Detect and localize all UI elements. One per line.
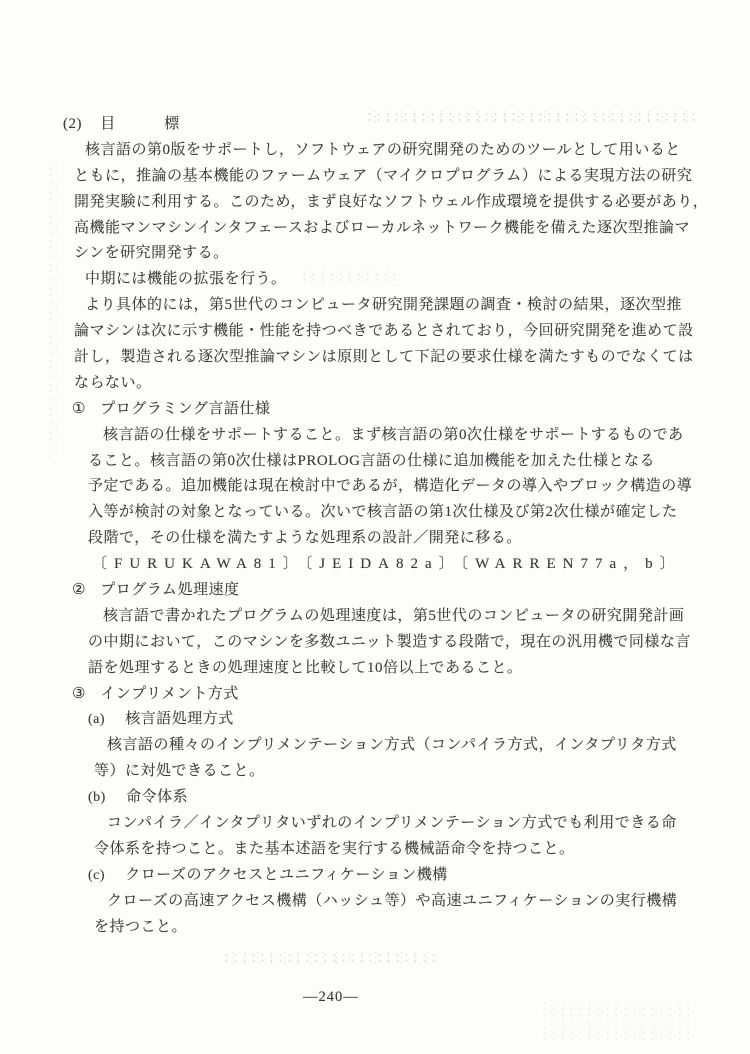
paragraph-line: 中期には機能の拡張を行う。 bbox=[63, 267, 733, 293]
circled-number-2-marker: ② bbox=[72, 578, 86, 604]
list-item-title: プログラム処理速度 bbox=[100, 582, 239, 598]
circled-number-1-marker: ① bbox=[72, 397, 86, 423]
sub-item-heading: (a) 核言語処理方式 bbox=[63, 707, 733, 733]
item-body-line: ること。核言語の第0次仕様はPROLOG言語の仕様に追加機能を加えた仕様となる bbox=[63, 449, 733, 475]
circled-number-3-marker: ③ bbox=[72, 682, 86, 708]
paragraph-line: シンを研究開発する。 bbox=[63, 241, 733, 267]
scan-noise-artifact bbox=[540, 1000, 690, 1040]
sub-item-body-line: を持つこと。 bbox=[63, 915, 733, 941]
sub-item-body-line: 令体系を持つこと。また基本述語を実行する機械語命令を持つこと。 bbox=[63, 837, 733, 863]
sub-item-body-line: 等）に対処できること。 bbox=[63, 759, 733, 785]
paragraph-line: 高機能マンマシンインタフェースおよびローカルネットワーク機能を備えた逐次型推論マ bbox=[63, 216, 733, 242]
section-title: 目 標 bbox=[100, 112, 180, 138]
item-body-line: 入等が検討の対象となっている。次いで核言語の第1次仕様及び第2次仕様が確定した bbox=[63, 500, 733, 526]
section-heading: (2) 目 標 bbox=[63, 112, 733, 138]
sub-item-b-marker: (b) bbox=[88, 785, 106, 811]
paragraph-line: 核言語の第0版をサポートし，ソフトウェアの研究開発のためのツールとして用いると bbox=[63, 138, 733, 164]
list-item-title: インプリメント方式 bbox=[100, 686, 239, 702]
text-column: (2) 目 標 核言語の第0版をサポートし，ソフトウェアの研究開発のためのツール… bbox=[63, 112, 733, 941]
paragraph-line: 開発実験に利用する。このため，まず良好なソフトウェル作成環境を提供する必要があり… bbox=[63, 190, 733, 216]
item-body-line: 核言語で書かれたプログラムの処理速度は，第5世代のコンピュータの研究開発計画 bbox=[63, 604, 733, 630]
item-body-line: の中期において，このマシンを多数ユニット製造する段階で，現在の汎用機で同様な言 bbox=[63, 630, 733, 656]
scan-noise-artifact bbox=[46, 160, 58, 460]
list-item-heading: ② プログラム処理速度 bbox=[63, 578, 733, 604]
sub-item-body-line: クローズの高速アクセス機構（ハッシュ等）や高速ユニフィケーションの実行機構 bbox=[63, 889, 733, 915]
item-body-line: 段階で，その仕様を満たすような処理系の設計／開発に移る。 bbox=[63, 526, 733, 552]
sub-item-heading: (c) クローズのアクセスとユニフィケーション機構 bbox=[63, 863, 733, 889]
section-number: (2) bbox=[63, 112, 82, 138]
list-item-heading: ① プログラミング言語仕様 bbox=[63, 397, 733, 423]
list-item-heading: ③ インプリメント方式 bbox=[63, 682, 733, 708]
list-item-title: プログラミング言語仕様 bbox=[100, 401, 270, 417]
sub-item-title: クローズのアクセスとユニフィケーション機構 bbox=[125, 867, 448, 883]
sub-item-title: 核言語処理方式 bbox=[125, 711, 234, 727]
scan-noise-artifact bbox=[222, 952, 437, 965]
paragraph-line: ともに，推論の基本機能のファームウェア（マイクロプログラム）による実現方法の研究 bbox=[63, 164, 733, 190]
item-body-line: 予定である。追加機能は現在検討中であるが，構造化データの導入やブロック構造の導 bbox=[63, 474, 733, 500]
sub-item-body-line: 核言語の種々のインプリメンテーション方式（コンパイラ方式，インタプリタ方式 bbox=[63, 733, 733, 759]
sub-item-a-marker: (a) bbox=[88, 707, 105, 733]
citation-line: 〔FURUKAWA81〕〔JEIDA82a〕〔WARREN77a，b〕 bbox=[63, 552, 733, 578]
scanned-document-page: (2) 目 標 核言語の第0版をサポートし，ソフトウェアの研究開発のためのツール… bbox=[0, 0, 750, 1054]
item-body-line: 核言語の仕様をサポートすること。まず核言語の第0次仕様をサポートするものであ bbox=[63, 423, 733, 449]
sub-item-heading: (b) 命令体系 bbox=[63, 785, 733, 811]
sub-item-title: 命令体系 bbox=[126, 789, 188, 805]
paragraph-line: 計し，製造される逐次型推論マシンは原則として下記の要求仕様を満たすものでなくては bbox=[63, 345, 733, 371]
sub-item-c-marker: (c) bbox=[88, 863, 105, 889]
item-body-line: 語を処理するときの処理速度と比較して10倍以上であること。 bbox=[63, 656, 733, 682]
paragraph-line: より具体的には，第5世代のコンピュータ研究開発課題の調査・検討の結果，逐次型推 bbox=[63, 293, 733, 319]
page-number: —240— bbox=[303, 989, 363, 1006]
paragraph-line: 論マシンは次に示す機能・性能を持つべきであるとされており，今回研究開発を進めて設 bbox=[63, 319, 733, 345]
sub-item-body-line: コンパイラ／インタプリタいずれのインプリメンテーション方式でも利用できる命 bbox=[63, 811, 733, 837]
paragraph-line: ならない。 bbox=[63, 371, 733, 397]
